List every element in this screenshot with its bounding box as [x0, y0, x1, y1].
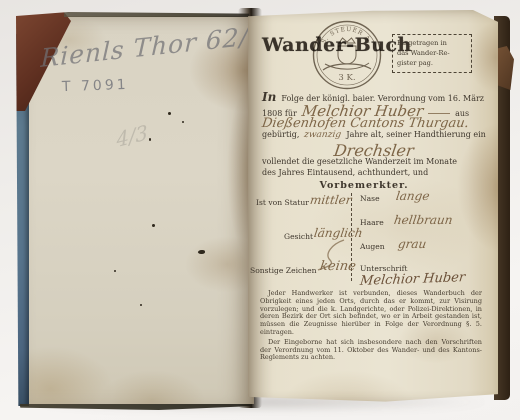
- revenue-stamp: S. STEUER A. 3 K.: [310, 18, 384, 92]
- label-statur: Ist von Statur: [256, 198, 309, 207]
- left-page: Rienls Thor 62/4 T 7091 4/3: [16, 12, 254, 410]
- stamp-value: 3 K.: [338, 73, 355, 83]
- value-zeichen: keine: [319, 259, 357, 274]
- stamp-shield: [338, 46, 356, 64]
- left-page-paper: [28, 16, 254, 404]
- handwritten-place: Dießenhofen Cantons Thurgau.: [261, 116, 470, 131]
- signature: Melchior Huber: [359, 270, 466, 289]
- ink-spot: [168, 112, 171, 115]
- label-haare: Haare: [360, 218, 384, 227]
- ink-spot: [182, 121, 184, 123]
- intro-line-3: Dießenhofen Cantons Thurgau.: [262, 116, 486, 131]
- intro-line-7: des Jahres Eintausend, achthundert, und: [262, 168, 486, 177]
- legal-paragraph-2: Der Eingeborne hat sich insbesondere nac…: [260, 339, 482, 362]
- ink-spot: [114, 270, 116, 272]
- intro-line-6: vollendet die gesetzliche Wanderzeit im …: [262, 157, 486, 166]
- intro-printed: gebürtig,: [262, 130, 299, 139]
- value-augen: grau: [397, 237, 427, 251]
- photo-background: Rienls Thor 62/4 T 7091 4/3 Wander-Buch …: [0, 0, 520, 420]
- stamp-crown: [339, 38, 355, 43]
- register-box-line: gister pag.: [397, 58, 467, 68]
- catalog-number: T 7091: [62, 77, 129, 95]
- value-nase: lange: [395, 189, 430, 203]
- ink-spot: [198, 250, 205, 254]
- ink-spot: [149, 138, 151, 141]
- ink-spot: [152, 224, 155, 227]
- value-haare: hellbraun: [393, 213, 454, 227]
- label-augen: Augen: [360, 242, 385, 251]
- right-page: Wander-Buch S. STEUER A. 3 K. Eingetrage…: [248, 10, 498, 404]
- intro-line-4: gebürtig, zwanzig Jahre alt, seiner Hand…: [262, 130, 486, 140]
- label-gesicht: Gesicht: [284, 232, 313, 241]
- handwritten-age: zwanzig: [304, 130, 342, 140]
- intro-printed: Jahre alt, seiner Handthierung ein: [346, 130, 485, 139]
- label-zeichen: Sonstige Zeichen: [250, 266, 317, 275]
- form-heading: Vorbemerkter.: [248, 180, 480, 191]
- cover-top-edge: [64, 12, 254, 17]
- pen-flourish: [428, 113, 450, 114]
- value-statur: mittler: [309, 193, 353, 207]
- legal-text: Jeder Handwerker ist verbunden, dieses W…: [260, 290, 482, 364]
- legal-paragraph-1: Jeder Handwerker ist verbunden, dieses W…: [260, 290, 482, 337]
- ink-spot: [140, 304, 142, 306]
- label-nase: Nase: [360, 194, 380, 203]
